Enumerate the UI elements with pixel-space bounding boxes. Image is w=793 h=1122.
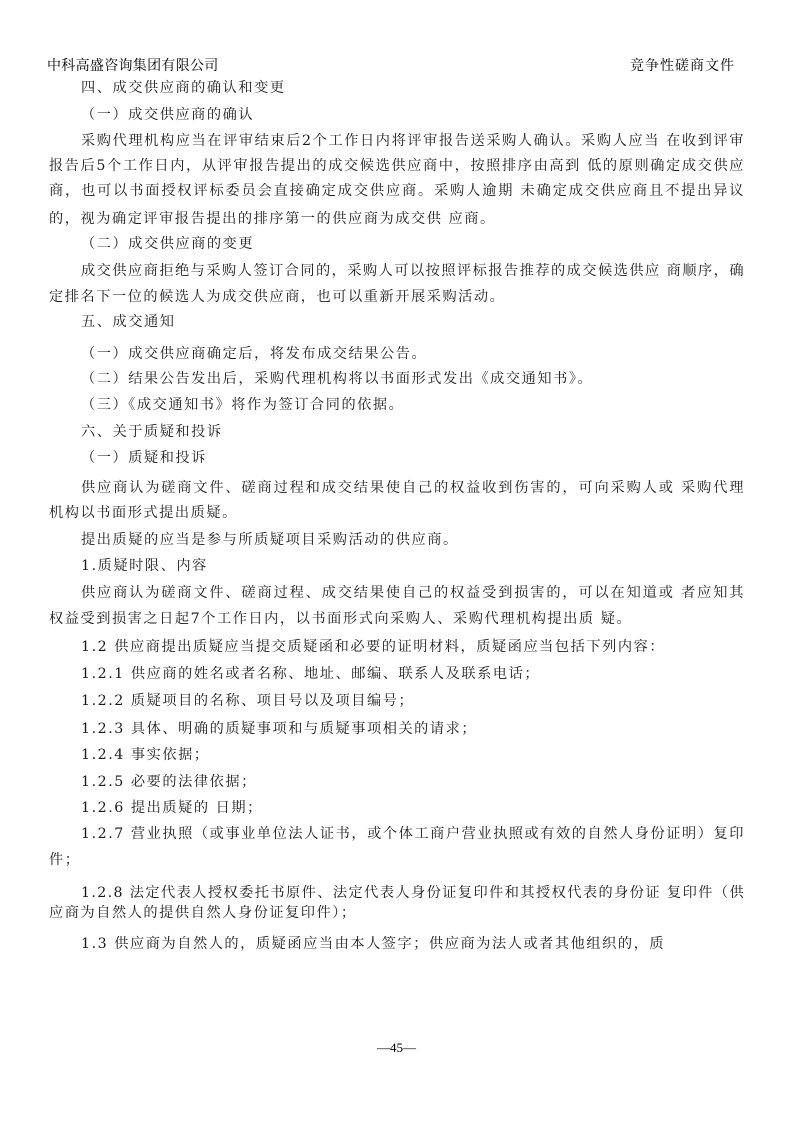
text-line: 五、成交通知 bbox=[81, 313, 745, 331]
text-line: （一）质疑和投诉 bbox=[81, 449, 745, 467]
text-line: 的，视为确定评审报告提出的排序第一的供应商为成交供 应商。 bbox=[49, 210, 745, 228]
text-line: 四、成交供应商的确认和变更 bbox=[81, 79, 745, 97]
text-line: （二）成交供应商的变更 bbox=[81, 235, 745, 253]
text-line: 应商为自然人的提供自然人身份证复印件）； bbox=[49, 904, 745, 922]
header-document-type: 竞争性磋商文件 bbox=[630, 55, 735, 75]
text-line: 1.3 供应商为自然人的，质疑函应当由本人签字；供应商为法人或者其他组织的，质 bbox=[81, 935, 745, 953]
text-line: 成交供应商拒绝与采购人签订合同的，采购人可以按照评标报告推荐的成交候选供应 商顺… bbox=[81, 262, 745, 280]
text-line: 权益受到损害之日起7个工作日内，以书面形式向采购人、采购代理机构提出质 疑。 bbox=[49, 610, 745, 628]
text-line: 报告后5个工作日内，从评审报告提出的成交候选供应商中，按照排序由高到 低的原则确… bbox=[49, 157, 745, 175]
text-line: 1.2.5 必要的法律依据； bbox=[81, 773, 745, 791]
text-line: （一）成交供应商的确认 bbox=[81, 106, 745, 124]
text-line: 1.2.8 法定代表人授权委托书原件、法定代表人身份证复印件和其授权代表的身份证… bbox=[81, 884, 745, 902]
text-line: 件； bbox=[49, 851, 745, 869]
text-line: 1.质疑时限、内容 bbox=[81, 557, 745, 575]
page-number: —45— bbox=[0, 1040, 793, 1056]
text-line: 供应商认为磋商文件、磋商过程、成交结果使自己的权益受到损害的，可以在知道或 者应… bbox=[81, 584, 745, 602]
text-line: （二）结果公告发出后，采购代理机构将以书面形式发出《成交通知书》。 bbox=[81, 370, 745, 388]
text-line: 1.2.1 供应商的姓名或者名称、地址、邮编、联系人及联系电话； bbox=[81, 665, 745, 683]
text-line: 商，也可以书面授权评标委员会直接确定成交供应商。采购人逾期 未确定成交供应商且不… bbox=[49, 182, 745, 200]
text-line: 提出质疑的应当是参与所质疑项目采购活动的供应商。 bbox=[81, 531, 745, 549]
text-line: 采购代理机构应当在评审结束后2个工作日内将评审报告送采购人确认。采购人应当 在收… bbox=[81, 132, 745, 150]
text-line: 六、关于质疑和投诉 bbox=[81, 423, 745, 441]
text-line: （一）成交供应商确定后，将发布成交结果公告。 bbox=[81, 345, 745, 363]
text-line: 1.2.4 事实依据； bbox=[81, 746, 745, 764]
text-line: 供应商认为磋商文件、磋商过程和成交结果使自己的权益收到伤害的，可向采购人或 采购… bbox=[81, 479, 745, 497]
text-line: （三）《成交通知书》将作为签订合同的依据。 bbox=[81, 396, 745, 414]
text-line: 1.2.7 营业执照（或事业单位法人证书，或个体工商户营业执照或有效的自然人身份… bbox=[81, 825, 745, 843]
text-line: 1.2.3 具体、明确的质疑事项和与质疑事项相关的请求； bbox=[81, 720, 745, 738]
text-line: 1.2 供应商提出质疑应当提交质疑函和必要的证明材料，质疑函应当包括下列内容： bbox=[81, 638, 745, 656]
header-company-name: 中科高盛咨询集团有限公司 bbox=[47, 55, 219, 75]
text-line: 定排名下一位的候选人为成交供应商，也可以重新开展采购活动。 bbox=[49, 288, 745, 306]
text-line: 机构以书面形式提出质疑。 bbox=[49, 504, 745, 522]
text-line: 1.2.6 提出质疑的 日期； bbox=[81, 799, 745, 817]
text-line: 1.2.2 质疑项目的名称、项目号以及项目编号； bbox=[81, 692, 745, 710]
